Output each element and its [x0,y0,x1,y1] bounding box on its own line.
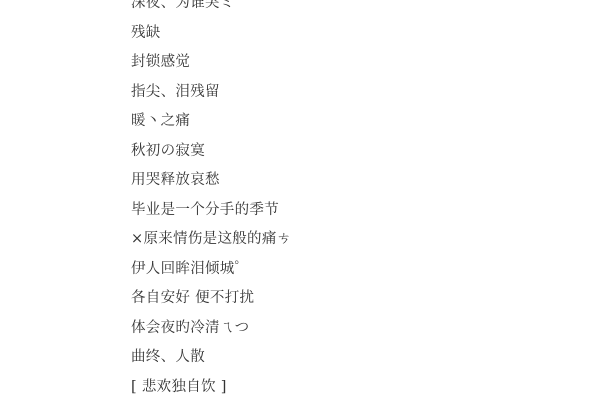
list-item: ×原来情伤是这般的痛ㄘ [131,228,291,258]
list-item: 秋初の寂寞 [131,140,291,170]
list-item: 毕业是一个分手的季节 [131,199,291,229]
list-item: 体会夜旳冷清ㄟつ [131,317,291,347]
document-page: 深夜、为谁哭ミ 残缺 封锁感觉 指尖、泪残留 暖丶之痛 秋初の寂寞 用哭释放哀愁… [0,0,600,400]
list-item: 曲终、人散 [131,346,291,376]
list-item: 暖丶之痛 [131,110,291,140]
list-item: 深夜、为谁哭ミ [131,0,291,22]
list-item: 残缺 [131,22,291,52]
list-item: 指尖、泪残留 [131,81,291,111]
list-item: 各自安好 便不打扰 [131,287,291,317]
list-item: 封锁感觉 [131,51,291,81]
list-item: 用哭释放哀愁 [131,169,291,199]
list-item: [ 悲欢独自饮 ] [131,376,291,400]
name-list: 深夜、为谁哭ミ 残缺 封锁感觉 指尖、泪残留 暖丶之痛 秋初の寂寞 用哭释放哀愁… [131,0,291,400]
list-item: 伊人回眸泪倾城゜ [131,258,291,288]
